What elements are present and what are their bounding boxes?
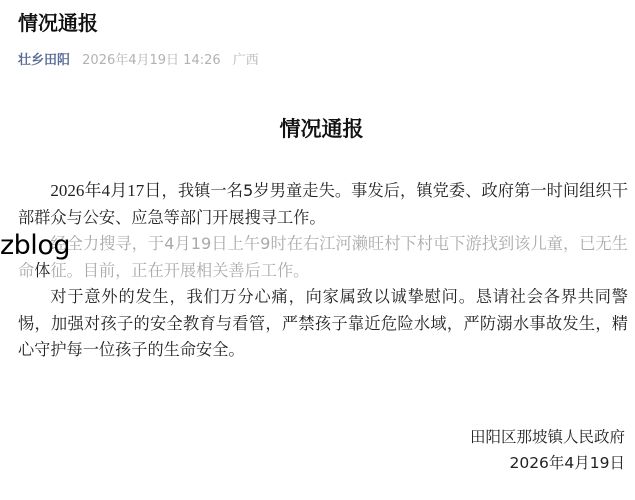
notice-heading: 情况通报 (0, 113, 635, 143)
incident-date: 2026年4月17日 (50, 181, 161, 200)
paragraph-2-text-tail: 征。目前，正在开展相关善后工作。 (50, 261, 309, 280)
paragraph-3: 对于意外的发生，我们万分心痛，向家属致以诚挚慰问。恳请社会各界共同警惕，加强对孩… (18, 284, 628, 364)
article-body: 2026年4月17日，我镇一名5岁男童走失。事发后，镇党委、政府第一时间组织干部… (18, 178, 628, 364)
signature-organization: 田阳区那坡镇人民政府 (470, 424, 625, 450)
article-meta: 壮乡田阳 2026年4月19日 14:26 广西 (18, 49, 259, 68)
paragraph-2: 经全力搜寻，于4月19日上午9时在右江河濑旺村下村屯下游找到该儿童，已无生命体征… (18, 231, 628, 284)
author-link[interactable]: 壮乡田阳 (18, 53, 70, 68)
publish-region: 广西 (233, 53, 259, 68)
signature-date: 2026年4月19日 (470, 450, 625, 476)
page-title: 情况通报 (18, 7, 98, 36)
signature-block: 田阳区那坡镇人民政府 2026年4月19日 (470, 424, 625, 476)
publish-date: 2026年4月19日 14:26 (82, 53, 221, 68)
paragraph-1: 2026年4月17日，我镇一名5岁男童走失。事发后，镇党委、政府第一时间组织干部… (18, 178, 628, 231)
paragraph-2-text-dark: 体 (34, 261, 50, 280)
